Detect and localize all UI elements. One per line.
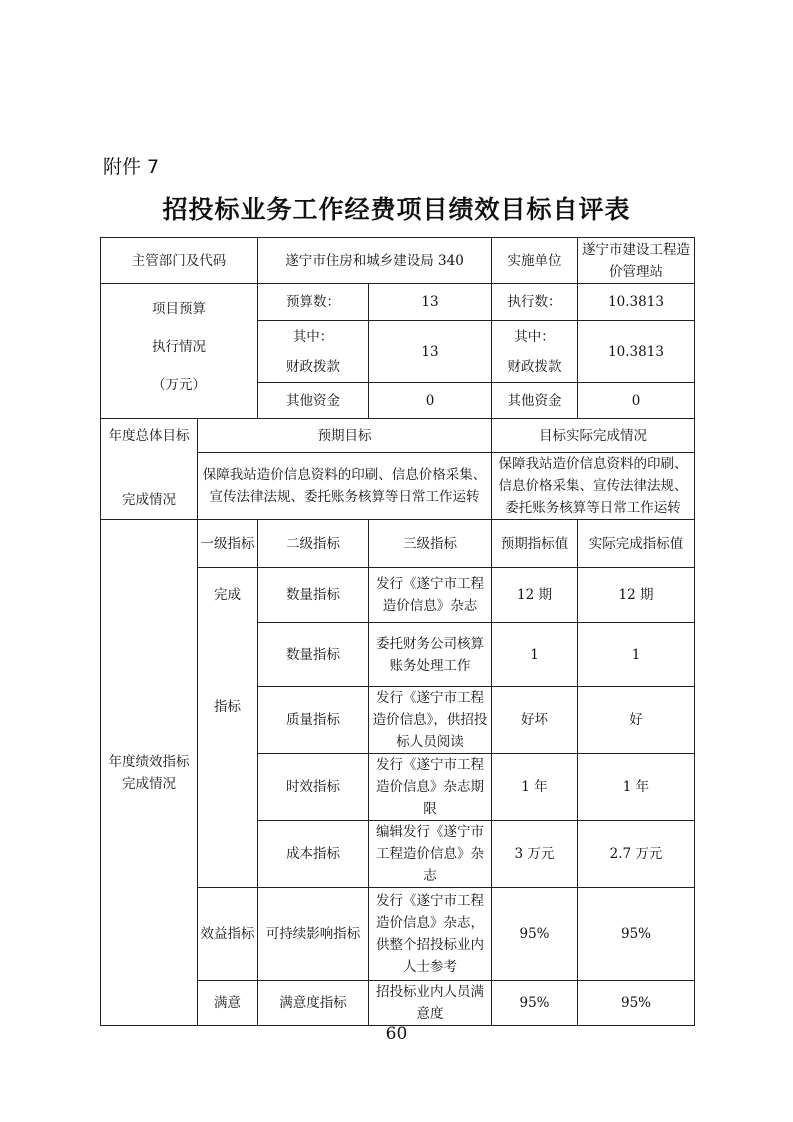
expected-cell: 好坏 bbox=[492, 687, 578, 754]
budget-label-line3: （万元） bbox=[102, 366, 256, 404]
page-title: 招投标业务工作经费项目绩效目标自评表 bbox=[0, 190, 793, 226]
fiscal-label-line2: 财政拨款 bbox=[259, 352, 367, 382]
annual-goal-label-line2: 完成情况 bbox=[102, 483, 196, 517]
actual-cell: 2.7 万元 bbox=[578, 821, 695, 888]
impl-value: 遂宁市建设工程造价管理站 bbox=[578, 238, 695, 284]
actual-cell: 12 期 bbox=[578, 568, 695, 623]
level2-cell: 时效指标 bbox=[258, 754, 369, 821]
header-level3: 三级指标 bbox=[369, 520, 492, 568]
annual-goal-label-line1: 年度总体目标 bbox=[102, 419, 196, 453]
page-number: 60 bbox=[0, 1024, 793, 1044]
level1-cell: 效益指标 bbox=[198, 888, 258, 981]
level3-cell: 发行《遂宁市工程造价信息》杂志，供整个招投标业内人士参考 bbox=[369, 888, 492, 981]
actual-cell: 95% bbox=[578, 888, 695, 981]
level3-cell: 发行《遂宁市工程造价信息》，供招投标人员阅读 bbox=[369, 687, 492, 754]
expected-cell: 1 bbox=[492, 623, 578, 687]
budget-label-line2: 执行情况 bbox=[102, 328, 256, 366]
level2-cell: 可持续影响指标 bbox=[258, 888, 369, 981]
expected-cell: 12 期 bbox=[492, 568, 578, 623]
header-level1: 一级指标 bbox=[198, 520, 258, 568]
annual-goal-label: 年度总体目标 完成情况 bbox=[101, 419, 198, 520]
other-exec-label: 其他资金 bbox=[492, 383, 578, 419]
completion-group-label: 完成 指标 bbox=[198, 568, 258, 888]
actual-goal-header: 目标实际完成情况 bbox=[492, 419, 695, 453]
expected-goal-header: 预期目标 bbox=[198, 419, 492, 453]
budget-section-label: 项目预算 执行情况 （万元） bbox=[101, 284, 258, 419]
table-row: 项目预算 执行情况 （万元） 预算数： 13 执行数： 10.3813 bbox=[101, 284, 695, 321]
fiscal-label: 其中： 财政拨款 bbox=[258, 321, 369, 383]
exec-label: 执行数： bbox=[492, 284, 578, 321]
actual-cell: 1 年 bbox=[578, 754, 695, 821]
budget-label-line1: 项目预算 bbox=[102, 290, 256, 328]
other-budget-value: 0 bbox=[369, 383, 492, 419]
attachment-label: 附件 7 bbox=[103, 152, 159, 179]
level2-cell: 成本指标 bbox=[258, 821, 369, 888]
table-row: 主管部门及代码 遂宁市住房和城乡建设局 340 实施单位 遂宁市建设工程造价管理… bbox=[101, 238, 695, 284]
fiscal-exec-value: 10.3813 bbox=[578, 321, 695, 383]
fiscal-budget-value: 13 bbox=[369, 321, 492, 383]
expected-cell: 1 年 bbox=[492, 754, 578, 821]
fiscal-exec-label: 其中： 财政拨款 bbox=[492, 321, 578, 383]
header-expected: 预期指标值 bbox=[492, 520, 578, 568]
level1-cell: 满意 bbox=[198, 981, 258, 1026]
actual-cell: 好 bbox=[578, 687, 695, 754]
level2-cell: 数量指标 bbox=[258, 568, 369, 623]
header-level2: 二级指标 bbox=[258, 520, 369, 568]
expected-goal-text: 保障我站造价信息资料的印刷、信息价格采集、宣传法律法规、委托账务核算等日常工作运… bbox=[198, 453, 492, 520]
level2-cell: 满意度指标 bbox=[258, 981, 369, 1026]
fiscal-label-line1: 其中： bbox=[259, 322, 367, 352]
table-row: 年度总体目标 完成情况 预期目标 目标实际完成情况 bbox=[101, 419, 695, 453]
budget-label: 预算数： bbox=[258, 284, 369, 321]
indicators-section-label: 年度绩效指标完成情况 bbox=[101, 520, 198, 1026]
actual-goal-text: 保障我站造价信息资料的印刷、信息价格采集、宣传法律法规、委托账务核算等日常工作运… bbox=[492, 453, 695, 520]
level3-cell: 发行《遂宁市工程造价信息》杂志期限 bbox=[369, 754, 492, 821]
expected-cell: 95% bbox=[492, 981, 578, 1026]
table-row: 年度绩效指标完成情况 一级指标 二级指标 三级指标 预期指标值 实际完成指标值 bbox=[101, 520, 695, 568]
impl-label: 实施单位 bbox=[492, 238, 578, 284]
expected-cell: 95% bbox=[492, 888, 578, 981]
level3-cell: 发行《遂宁市工程造价信息》杂志 bbox=[369, 568, 492, 623]
evaluation-table: 主管部门及代码 遂宁市住房和城乡建设局 340 实施单位 遂宁市建设工程造价管理… bbox=[100, 237, 695, 1026]
other-exec-value: 0 bbox=[578, 383, 695, 419]
level3-cell: 委托财务公司核算账务处理工作 bbox=[369, 623, 492, 687]
fiscal-exec-label-line1: 其中： bbox=[493, 322, 576, 352]
dept-value: 遂宁市住房和城乡建设局 340 bbox=[258, 238, 492, 284]
other-label: 其他资金 bbox=[258, 383, 369, 419]
dept-label: 主管部门及代码 bbox=[101, 238, 258, 284]
budget-value: 13 bbox=[369, 284, 492, 321]
exec-value: 10.3813 bbox=[578, 284, 695, 321]
actual-cell: 1 bbox=[578, 623, 695, 687]
expected-cell: 3 万元 bbox=[492, 821, 578, 888]
completion-label-line1: 完成 bbox=[199, 584, 256, 606]
actual-cell: 95% bbox=[578, 981, 695, 1026]
header-actual: 实际完成指标值 bbox=[578, 520, 695, 568]
level3-cell: 招投标业内人员满意度 bbox=[369, 981, 492, 1026]
level2-cell: 质量指标 bbox=[258, 687, 369, 754]
level3-cell: 编辑发行《遂宁市工程造价信息》杂志 bbox=[369, 821, 492, 888]
completion-label-line2: 指标 bbox=[199, 696, 256, 718]
level2-cell: 数量指标 bbox=[258, 623, 369, 687]
fiscal-exec-label-line2: 财政拨款 bbox=[493, 352, 576, 382]
